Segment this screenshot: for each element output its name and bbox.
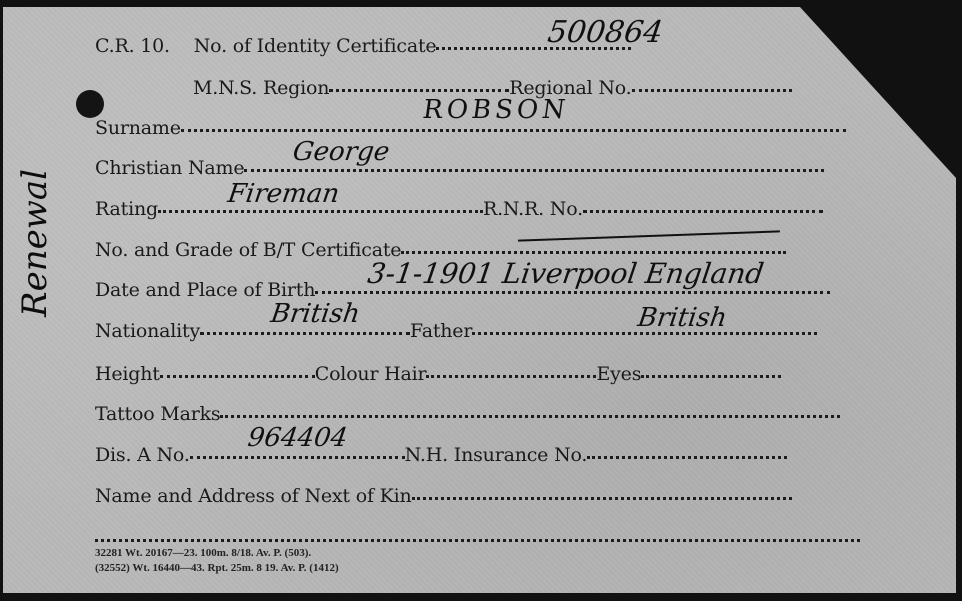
dotted-line: [315, 291, 830, 294]
rating-value: Fireman: [226, 179, 341, 209]
bt-cert-label: No. and Grade of B/T Certificate: [95, 239, 401, 261]
height-row: HeightColour HairEyes: [95, 363, 781, 385]
nh-label: N.H. Insurance No.: [405, 444, 588, 466]
hair-label: Colour Hair: [315, 363, 427, 385]
dotted-line: [200, 332, 410, 335]
dotted-line: [401, 251, 786, 254]
tattoo-label: Tattoo Marks: [95, 403, 220, 425]
dotted-line: [181, 129, 846, 132]
print-code-line-2: (32552) Wt. 16440—43. Rpt. 25m. 8 19. Av…: [95, 562, 339, 574]
punch-hole: [76, 90, 104, 118]
eyes-label: Eyes: [596, 363, 641, 385]
certificate-number: 500864: [546, 15, 665, 50]
dotted-line: [412, 497, 792, 500]
dotted-line: [583, 210, 823, 213]
dis-a-no-value: 964404: [246, 423, 349, 453]
surname-label: Surname: [95, 117, 181, 139]
dotted-line: [158, 210, 483, 213]
dotted-line: [190, 456, 405, 459]
dotted-line: [95, 539, 860, 542]
birth-value: 3-1-1901 Liverpool England: [366, 257, 766, 290]
kin-label: Name and Address of Next of Kin: [95, 485, 412, 507]
dis-row: Dis. A No.N.H. Insurance No.: [95, 444, 787, 466]
nationality-label: Nationality: [95, 320, 200, 342]
print-code-line-1: 32281 Wt. 20167—23. 100m. 8/18. Av. P. (…: [95, 547, 311, 559]
rating-label: Rating: [95, 198, 158, 220]
cert-label: No. of Identity Certificate: [194, 35, 437, 57]
dis-label: Dis. A No.: [95, 444, 190, 466]
rating-row: RatingR.N.R. No.: [95, 198, 823, 220]
kin-row: Name and Address of Next of Kin: [95, 485, 792, 507]
dotted-line: [220, 415, 840, 418]
rnr-label: R.N.R. No.: [483, 198, 583, 220]
height-label: Height: [95, 363, 160, 385]
christian-name-label: Christian Name: [95, 157, 244, 179]
form-code: C.R. 10.: [95, 35, 170, 57]
nationality-value: British: [269, 299, 362, 329]
birth-label: Date and Place of Birth: [95, 279, 315, 301]
kin-continuation-row: [95, 527, 860, 549]
renewal-annotation: Renewal: [15, 169, 55, 317]
dotted-line: [587, 456, 787, 459]
dotted-line: [160, 375, 315, 378]
region-label: M.N.S. Region: [193, 77, 329, 99]
christian-name-row: Christian Name: [95, 157, 824, 179]
father-label: Father: [410, 320, 472, 342]
dotted-line: [329, 89, 509, 92]
dotted-line: [641, 375, 781, 378]
christian-name-value: George: [291, 137, 391, 167]
dotted-line: [244, 169, 824, 172]
identity-card: C.R. 10. No. of Identity Certificate 500…: [3, 7, 956, 593]
dotted-line: [632, 89, 792, 92]
father-value: British: [636, 303, 729, 333]
tattoo-row: Tattoo Marks: [95, 403, 840, 425]
surname-value: ROBSON: [421, 95, 571, 125]
dotted-line: [426, 375, 596, 378]
